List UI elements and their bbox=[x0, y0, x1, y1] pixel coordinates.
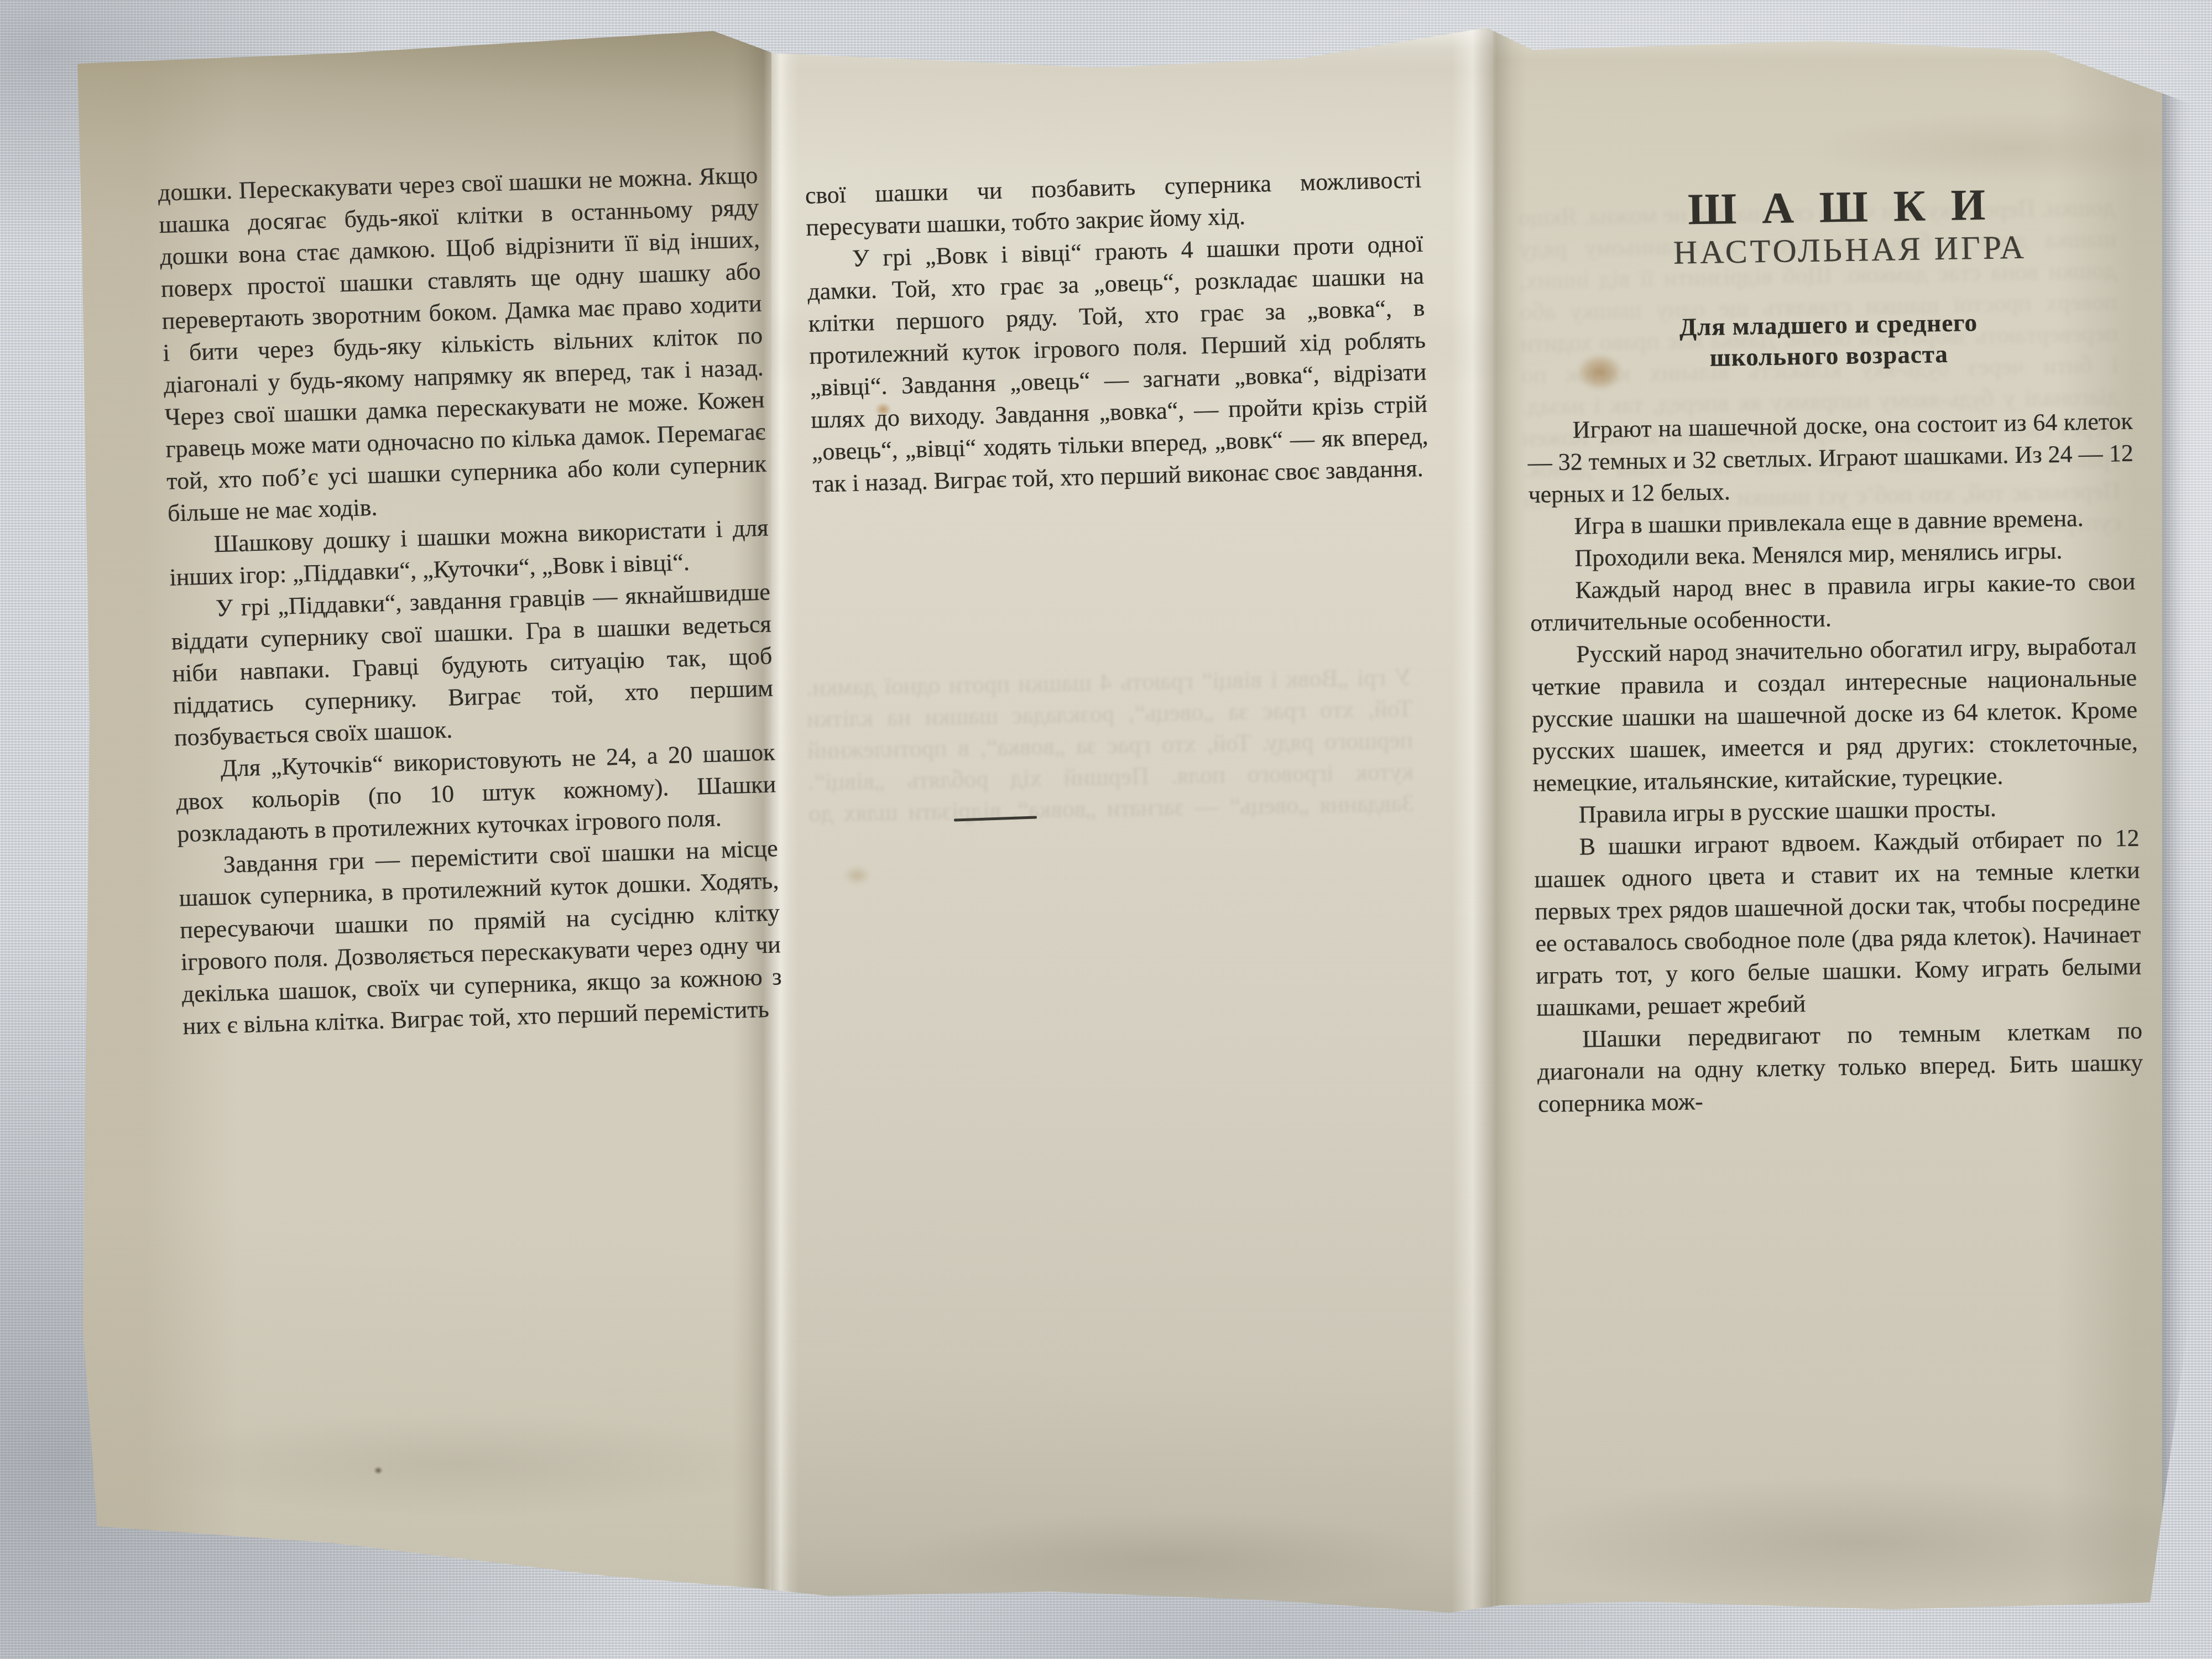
stain bbox=[844, 866, 870, 885]
right-body-text: Играют на шашечной доске, она состоит из… bbox=[1527, 405, 2143, 1120]
photo-of-leaflet: У грі „Вовк і вівці“ грають 4 шашки прот… bbox=[0, 0, 2212, 1659]
paragraph: У грі „Піддавки“, завдання гравців — якн… bbox=[170, 576, 774, 754]
audience-note: Для младшего и среднегошкольного возраст… bbox=[1526, 305, 2132, 376]
paragraph: Русский народ значительно обогатил игру,… bbox=[1531, 630, 2138, 800]
paragraph: Для „Куточків“ використовують не 24, а 2… bbox=[175, 736, 778, 850]
text-column-middle: свої шашки чи позбавить суперника можлив… bbox=[805, 164, 1430, 500]
paragraph: У грі „Вовк і вівці“ грають 4 шашки прот… bbox=[806, 228, 1430, 500]
paragraph: В шашки играют вдвоем. Каждый отбирает п… bbox=[1533, 822, 2142, 1024]
stain bbox=[374, 1467, 383, 1474]
text-column-right: ШАШКИ НАСТОЛЬНАЯ ИГРА Для младшего и сре… bbox=[1524, 179, 2143, 1120]
page-title: ШАШКИ bbox=[1524, 179, 2130, 237]
text-column-left: дошки. Перескакувати через свої шашки не… bbox=[158, 159, 783, 1042]
paragraph: Каждый народ внес в правила игры какие-т… bbox=[1530, 566, 2136, 639]
paragraph: Играют на шашечной доске, она состоит из… bbox=[1527, 405, 2134, 511]
paragraph: дошки. Перескакувати через свої шашки не… bbox=[158, 159, 768, 530]
bleed-through-text: У грі „Вовк і вівці“ грають 4 шашки прот… bbox=[806, 661, 1415, 826]
paragraph: Завдання гри — перемістити свої шашки на… bbox=[178, 832, 783, 1042]
paragraph: Шашки передвигают по темным клеткам по д… bbox=[1537, 1015, 2144, 1120]
